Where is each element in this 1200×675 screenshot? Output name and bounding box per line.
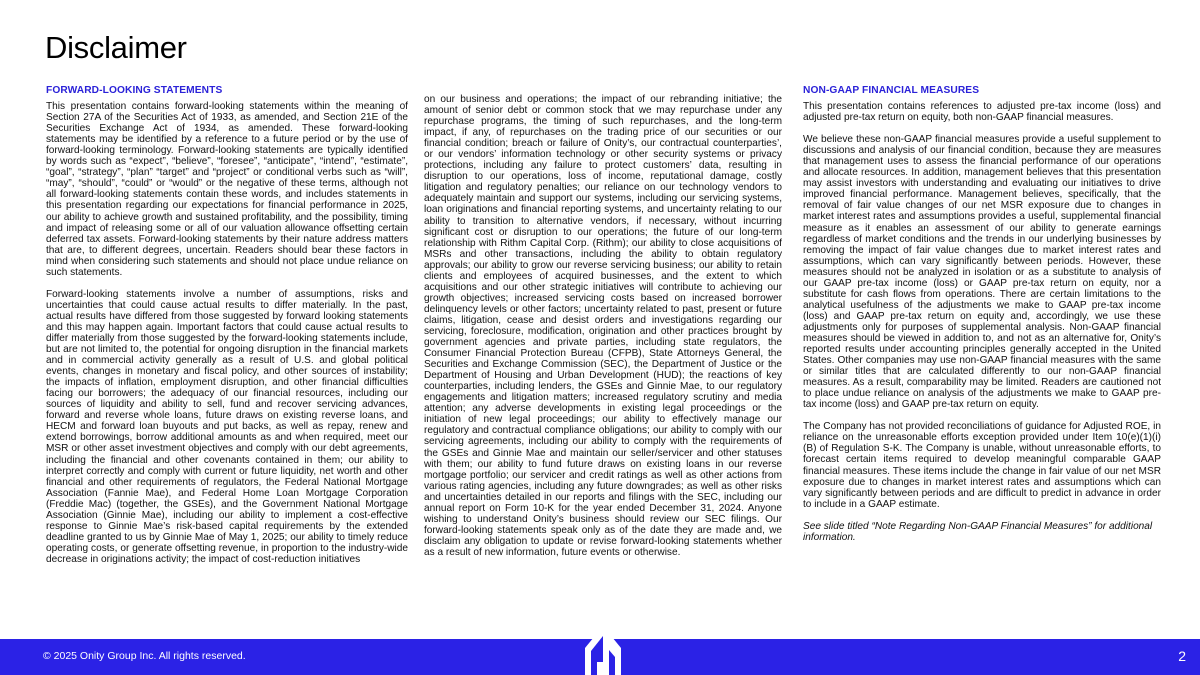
- non-gaap-paragraph-2: We believe these non-GAAP financial meas…: [803, 134, 1161, 410]
- non-gaap-paragraph-1: This presentation contains references to…: [803, 101, 1161, 123]
- forward-looking-column-2: on our business and operations; the impa…: [424, 94, 782, 569]
- forward-looking-column-1: FORWARD-LOOKING STATEMENTS This presenta…: [46, 82, 408, 576]
- page-number: 2: [1178, 648, 1186, 664]
- page-title: Disclaimer: [45, 30, 187, 66]
- forward-looking-heading: FORWARD-LOOKING STATEMENTS: [46, 85, 408, 96]
- non-gaap-column: NON-GAAP FINANCIAL MEASURES This present…: [803, 82, 1161, 554]
- non-gaap-heading: NON-GAAP FINANCIAL MEASURES: [803, 85, 1161, 96]
- forward-looking-paragraph-1: This presentation contains forward-looki…: [46, 101, 408, 278]
- non-gaap-note: See slide titled “Note Regarding Non-GAA…: [803, 521, 1161, 543]
- house-logo-icon: [583, 612, 623, 675]
- copyright-text: © 2025 Onity Group Inc. All rights reser…: [43, 650, 246, 662]
- non-gaap-paragraph-3: The Company has not provided reconciliat…: [803, 421, 1161, 509]
- forward-looking-paragraph-2: Forward-looking statements involve a num…: [46, 289, 408, 565]
- forward-looking-continuation: on our business and operations; the impa…: [424, 94, 782, 558]
